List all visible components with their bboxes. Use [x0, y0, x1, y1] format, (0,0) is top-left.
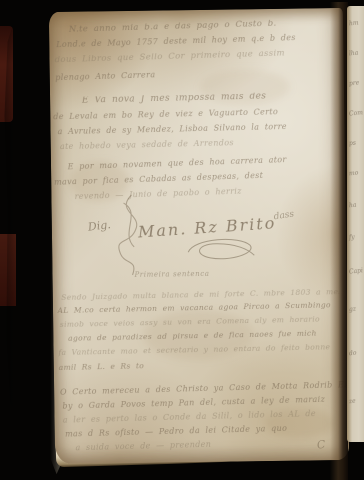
facing-script-fragment: hm	[349, 20, 359, 28]
gutter-crease-shadow	[330, 2, 348, 480]
handwritten-line: O Certo mereceu a des Christo ya Caso de…	[60, 380, 346, 396]
facing-script-fragment: fy	[349, 234, 355, 242]
facing-script-fragment: Capi	[349, 267, 364, 275]
manuscript-photo: N.te anno mia b.a e das pago o Custo b. …	[0, 0, 364, 480]
handwritten-line: mas d Rs ofisto — Pedro da lei Citade ya…	[65, 423, 333, 439]
facing-page-strip: hm lha pre Com ps mo ha fy Capi gz do ze	[347, 6, 364, 442]
facing-script-fragment: Com	[349, 109, 364, 117]
paragraph-5: O Certo mereceu a des Christo ya Caso de…	[46, 6, 352, 466]
facing-script-fragment: gz	[349, 306, 357, 314]
facing-script-fragment: ha	[349, 202, 357, 210]
end-mark: C	[316, 438, 326, 452]
handwritten-line: a ler es perto las o Conde da Silil, o l…	[63, 408, 345, 424]
facing-script-fragment: pre	[349, 79, 360, 87]
facing-script-fragment: ze	[349, 398, 356, 406]
facing-script-fragment: mo	[349, 170, 359, 178]
handwritten-line: a suida voce de — preenden	[75, 439, 231, 452]
facing-script-fragment: ps	[349, 140, 357, 148]
facing-script-fragment: lha	[349, 50, 359, 58]
facing-script-fragment: do	[349, 350, 357, 358]
manuscript-page: N.te anno mia b.a e das pago o Custo b. …	[49, 8, 349, 464]
handwritten-line: by o Garda Povos temp Pan del, custa a l…	[62, 394, 342, 410]
